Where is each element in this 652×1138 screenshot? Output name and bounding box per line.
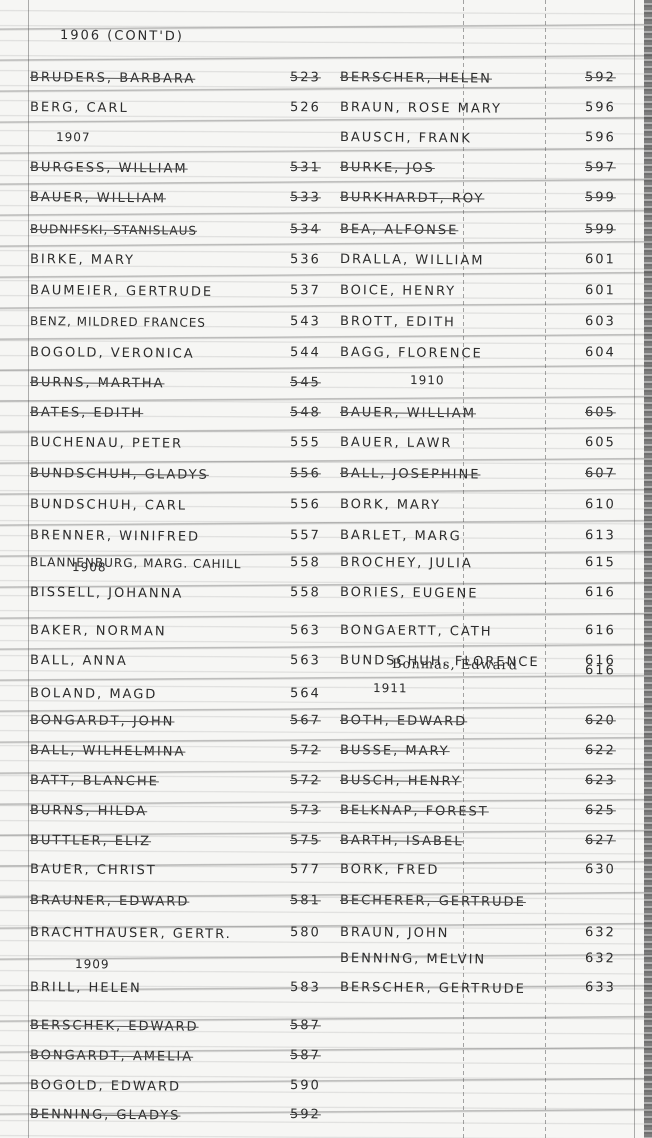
index-entry-page: 563 [290,653,321,668]
index-entry-name: DRALLA, WILLIAM [340,252,485,269]
year-marker: 1911 [373,681,408,695]
index-entry-page: 616 [585,623,616,638]
index-entry-page: 536 [290,252,321,267]
index-entry-name: BRAUN, JOHN [340,925,450,941]
index-entry-name: BURNS, HILDA [30,803,147,819]
index-entry-page: 620 [585,713,616,728]
index-entry-page: 622 [585,743,616,758]
index-entry-name: BELKNAP, FOREST [340,803,489,820]
index-entry-name: BRENNER, WINIFRED [30,528,200,545]
index-entry-page: 544 [290,345,321,360]
index-entry-name: BLANNENBURG, MARG. CAHILL [30,555,242,571]
index-entry-name: BONGAERTT, CATH [340,623,493,640]
index-entry-name: BAGG, FLORENCE [340,345,483,361]
index-entry-page: 630 [585,862,616,877]
index-entry-name: BRAUN, ROSE MARY [340,100,502,117]
index-entry-name: BURKHARDT, ROY [340,190,485,207]
index-entry-name: BRILL, HELEN [30,980,142,996]
page-heading: 1906 (CONT'D) [60,28,184,44]
year-marker: 1907 [56,130,91,144]
index-entry-name: BAUSCH, FRANK [340,130,472,146]
index-entry-page: 580 [290,925,321,940]
index-entry-page: 531 [290,160,321,175]
index-entry-page: 533 [290,190,321,205]
index-entry-page: 633 [585,980,616,995]
index-entry-name: BUNDSCHUH, CARL [30,497,187,514]
index-entry-name: BERG, CARL [30,100,129,116]
column-rule [634,0,635,1138]
index-entry-page: 592 [290,1107,321,1122]
index-entry-page: 558 [290,585,321,600]
index-entry-page: 616 [585,663,616,678]
index-entry-page: 556 [290,497,321,512]
page-edge [644,0,652,1138]
index-entry-name: Bonmas, Edward [392,657,518,673]
index-entry-name: BUTTLER, ELIZ [30,833,151,849]
index-entry-name: BAUMEIER, GERTRUDE [30,283,213,300]
index-entry-name: BORK, MARY [340,497,441,513]
index-entry-page: 616 [585,585,616,600]
index-entry-page: 587 [290,1018,321,1033]
index-entry-page: 596 [585,130,616,145]
index-entry-name: BAUER, LAWR [340,435,453,451]
index-entry-page: 537 [290,283,321,298]
index-entry-page: 632 [585,951,616,966]
index-entry-page: 575 [290,833,321,848]
index-entry-name: BOGOLD, VERONICA [30,345,195,362]
index-entry-page: 599 [585,222,616,237]
index-entry-page: 610 [585,497,616,512]
index-entry-page: 604 [585,345,616,360]
index-entry-name: BONGARDT, JOHN [30,713,175,730]
index-entry-page: 572 [290,773,321,788]
index-entry-name: BENNING, MELVIN [340,951,486,968]
index-entry-page: 581 [290,893,321,908]
index-entry-page: 596 [585,100,616,115]
index-entry-name: BOTH, EDWARD [340,713,467,729]
index-entry-name: BOICE, HENRY [340,283,456,299]
index-entry-page: 605 [585,435,616,450]
index-entry-page: 563 [290,623,321,638]
index-entry-name: BALL, JOSEPHINE [340,466,481,482]
index-entry-name: BURNS, MARTHA [30,375,165,391]
index-entry-name: BAKER, NORMAN [30,623,167,639]
index-entry-page: 557 [290,528,321,543]
index-entry-page: 601 [585,283,616,298]
index-entry-name: BENNING, GLADYS [30,1107,181,1124]
index-entry-name: BALL, WILHELMINA [30,743,186,760]
index-entry-page: 556 [290,466,321,481]
index-entry-name: BOGOLD, EDWARD [30,1078,181,1095]
index-entry-page: 555 [290,435,321,450]
year-marker: 1909 [75,957,110,971]
index-entry-name: BUDNIFSKI, STANISLAUS [30,222,197,238]
index-entry-name: BOLAND, MAGD [30,686,157,702]
index-entry-page: 615 [585,555,616,570]
year-marker: 1910 [410,373,445,387]
index-entry-page: 583 [290,980,321,995]
index-entry-name: BUSCH, HENRY [340,773,462,789]
index-entry-name: BURKE, JOS [340,160,435,176]
index-entry-name: BALL, ANNA [30,653,128,669]
index-entry-name: BORK, FRED [340,862,440,878]
index-entry-name: BECHERER, GERTRUDE [340,893,526,910]
index-entry-name: BERSCHER, GERTRUDE [340,980,526,997]
index-entry-page: 545 [290,375,321,390]
index-entry-name: BIRKE, MARY [30,252,135,268]
index-entry-name: BRUDERS, BARBARA [30,70,195,87]
index-entry-name: BARTH, ISABEL [340,833,464,849]
index-entry-name: BUNDSCHUH, GLADYS [30,466,209,483]
index-entry-name: BUCHENAU, PETER [30,435,183,452]
index-entry-name: BONGARDT, AMELIA [30,1048,193,1065]
index-entry-name: BUSSE, MARY [340,743,450,759]
index-entry-page: 613 [585,528,616,543]
index-entry-name: BROCHEY, JULIA [340,555,473,571]
index-entry-name: BRACHTHAUSER, GERTR. [30,925,232,942]
index-entry-page: 526 [290,100,321,115]
index-entry-page: 564 [290,686,321,701]
index-entry-page: 599 [585,190,616,205]
index-entry-name: BRAUNER, EDWARD [30,893,190,910]
index-entry-page: 572 [290,743,321,758]
index-entry-page: 601 [585,252,616,267]
index-entry-page: 590 [290,1078,321,1093]
index-entry-name: BERSCHEK, EDWARD [30,1018,199,1035]
margin-rule [28,0,29,1138]
index-entry-page: 558 [290,555,321,570]
index-entry-page: 605 [585,405,616,420]
index-entry-name: BROTT, EDITH [340,314,456,330]
index-entry-name: BATT, BLANCHE [30,773,159,789]
index-entry-name: BORIES, EUGENE [340,585,479,601]
index-entry-page: 567 [290,713,321,728]
index-entry-page: 587 [290,1048,321,1063]
index-entry-name: BENZ, MILDRED FRANCES [30,314,206,330]
index-entry-page: 523 [290,70,321,85]
index-entry-name: BISSELL, JOHANNA [30,585,183,602]
index-entry-name: BAUER, WILLIAM [340,405,476,421]
index-entry-page: 577 [290,862,321,877]
index-entry-page: 603 [585,314,616,329]
index-entry-name: BATES, EDITH [30,405,143,421]
index-entry-name: BURGESS, WILLIAM [30,160,188,177]
ledger-page: 1906 (CONT'D) 1907 1910 1908 1911 1909 B… [0,0,652,1138]
index-entry-name: BEA, ALFONSE [340,222,458,238]
index-entry-page: 625 [585,803,616,818]
index-entry-name: BARLET, MARG [340,528,462,544]
index-entry-name: BAUER, WILLIAM [30,190,166,206]
index-entry-page: 548 [290,405,321,420]
index-entry-page: 592 [585,70,616,85]
index-entry-page: 597 [585,160,616,175]
index-entry-page: 627 [585,833,616,848]
index-entry-page: 543 [290,314,321,329]
index-entry-page: 623 [585,773,616,788]
index-entry-page: 534 [290,222,321,237]
index-entry-name: BAUER, CHRIST [30,862,157,878]
column-rule [545,0,546,1138]
index-entry-page: 607 [585,466,616,481]
index-entry-page: 632 [585,925,616,940]
index-entry-name: BERSCHER, HELEN [340,70,492,87]
index-entry-page: 573 [290,803,321,818]
